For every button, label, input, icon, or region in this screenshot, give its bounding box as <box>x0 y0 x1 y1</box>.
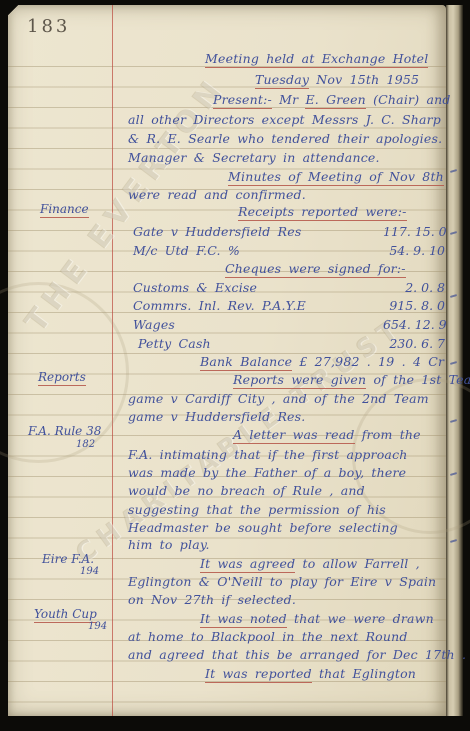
minutes-text: all other Directors except Messrs J. C. … <box>128 112 441 127</box>
minutes-line: suggesting that the permission of his <box>128 502 386 517</box>
minutes-text: game v Cardiff City , and of the 2nd Tea… <box>128 391 429 406</box>
minutes-line: It was noted that we were drawn <box>200 611 434 626</box>
margin-page-reference: 194 <box>80 566 99 577</box>
minutes-line: A letter was read from the <box>233 427 421 442</box>
margin-heading: Eire F.A. <box>42 552 94 566</box>
minutes-text: and agreed that this be arranged for Dec… <box>128 647 466 662</box>
minutes-line: Commrs. Inl. Rev. P.A.Y.E <box>133 298 306 313</box>
margin-page-reference: 194 <box>88 621 107 632</box>
minutes-line: Meeting held at Exchange Hotel <box>205 51 428 66</box>
minutes-text: Manager & Secretary in attendance. <box>128 150 380 165</box>
minutes-line: Headmaster be sought before selecting <box>128 520 398 535</box>
minutes-text: game v Huddersfield Res. <box>128 409 305 424</box>
minutes-text: (Chair) and <box>366 92 451 107</box>
minutes-text: of the 1st Team <box>366 372 470 387</box>
minutes-text: Reports were given <box>233 372 366 389</box>
minutes-text: from the <box>355 427 421 442</box>
minutes-line: game v Huddersfield Res. <box>128 409 305 424</box>
minutes-text: Receipts reported were:- <box>238 204 407 221</box>
minute-book-photo: THE EVERTON CHARITABLE TRUST 183 Meeting… <box>0 0 470 731</box>
minutes-text: Nov 15th 1955 <box>309 72 419 87</box>
minutes-text: It was agreed <box>200 556 295 573</box>
minutes-line: It was agreed to allow Farrell , <box>200 556 420 571</box>
minutes-line: It was reported that Eglington <box>205 666 416 681</box>
minutes-text: Headmaster be sought before selecting <box>128 520 398 535</box>
minutes-line: Cheques were signed for:- <box>225 261 406 276</box>
minutes-text: Tuesday <box>255 72 309 89</box>
minutes-line: Receipts reported were:- <box>238 204 407 219</box>
minutes-text: suggesting that the permission of his <box>128 502 386 517</box>
ledger-amount: 54. 9. 10 <box>383 243 445 258</box>
minutes-text: Wages <box>133 317 175 332</box>
minutes-text: to allow Farrell , <box>295 556 420 571</box>
page-number: 183 <box>27 16 70 37</box>
minutes-line: was made by the Father of a boy, there <box>128 465 406 480</box>
ledger-amount: 2. 0. 8 <box>383 280 445 295</box>
minutes-text: Minutes of Meeting of Nov 8th <box>228 169 444 186</box>
margin-heading: F.A. Rule 38 <box>28 424 101 438</box>
minutes-text: E. Green <box>305 92 365 109</box>
minutes-line: on Nov 27th if selected. <box>128 592 296 607</box>
minutes-text: Mr <box>272 92 306 107</box>
ledger-amount: 915. 8. 0 <box>383 298 445 313</box>
minutes-line: Reports were given of the 1st Team <box>233 372 470 387</box>
minutes-line: Customs & Excise <box>133 280 257 295</box>
minutes-text: £ 27,982 . 19 . 4 Cr <box>292 354 444 369</box>
minutes-text: Present:- <box>213 92 272 109</box>
ledger-amount: 654. 12. 9 <box>383 317 445 332</box>
margin-page-reference: 182 <box>76 439 95 450</box>
minutes-line: Present:- Mr E. Green (Chair) and <box>213 92 451 107</box>
minutes-text: Meeting held at Exchange Hotel <box>205 51 428 68</box>
ledger-amount: 117. 15. 0 <box>383 224 445 239</box>
minutes-text: that we were drawn <box>287 611 434 626</box>
minutes-text: that Eglington <box>312 666 416 681</box>
minutes-text: Commrs. Inl. Rev. P.A.Y.E <box>133 298 306 313</box>
minutes-text: Customs & Excise <box>133 280 257 295</box>
minutes-text: on Nov 27th if selected. <box>128 592 296 607</box>
minutes-line: Tuesday Nov 15th 1955 <box>255 72 419 87</box>
ledger-amount: 230. 6. 7 <box>383 336 445 351</box>
minutes-line: M/c Utd F.C. % <box>133 243 240 258</box>
minutes-text: him to play. <box>128 537 210 552</box>
minutes-line: Manager & Secretary in attendance. <box>128 150 380 165</box>
minutes-text: F.A. intimating that if the first approa… <box>128 447 408 462</box>
minutes-text: M/c Utd F.C. % <box>133 243 240 258</box>
minutes-line: were read and confirmed. <box>128 187 306 202</box>
minutes-line: him to play. <box>128 537 210 552</box>
minutes-line: would be no breach of Rule , and <box>128 483 365 498</box>
minutes-line: all other Directors except Messrs J. C. … <box>128 112 441 127</box>
minutes-text: Cheques were signed for:- <box>225 261 406 278</box>
minutes-text: Petty Cash <box>138 336 211 351</box>
margin-rule-line <box>112 5 113 716</box>
minutes-text: Bank Balance <box>200 354 292 371</box>
minutes-line: Petty Cash <box>138 336 211 351</box>
minutes-line: F.A. intimating that if the first approa… <box>128 447 408 462</box>
page-corner <box>8 5 18 15</box>
minutes-line: & R. E. Searle who tendered their apolog… <box>128 131 442 146</box>
minutes-text: at home to Blackpool in the next Round <box>128 629 408 644</box>
minutes-line: game v Cardiff City , and of the 2nd Tea… <box>128 391 429 406</box>
minutes-line: Wages <box>133 317 175 332</box>
minutes-text: It was noted <box>200 611 287 628</box>
minutes-text: It was reported <box>205 666 312 683</box>
minutes-line: Minutes of Meeting of Nov 8th <box>228 169 444 184</box>
minutes-text: Eglington & O'Neill to play for Eire v S… <box>128 574 436 589</box>
minutes-text: & R. E. Searle who tendered their apolog… <box>128 131 442 146</box>
minutes-line: and agreed that this be arranged for Dec… <box>128 647 466 662</box>
minutes-line: Bank Balance £ 27,982 . 19 . 4 Cr <box>200 354 444 369</box>
minutes-line: Eglington & O'Neill to play for Eire v S… <box>128 574 436 589</box>
minutes-text: was made by the Father of a boy, there <box>128 465 406 480</box>
margin-heading: Reports <box>38 370 86 386</box>
minutes-text: were read and confirmed. <box>128 187 306 202</box>
minutes-text: would be no breach of Rule , and <box>128 483 365 498</box>
minutes-line: at home to Blackpool in the next Round <box>128 629 408 644</box>
minutes-text: Gate v Huddersfield Res <box>133 224 301 239</box>
margin-heading: Finance <box>40 202 89 218</box>
minutes-text: A letter was read <box>233 427 355 444</box>
minutes-line: Gate v Huddersfield Res <box>133 224 301 239</box>
